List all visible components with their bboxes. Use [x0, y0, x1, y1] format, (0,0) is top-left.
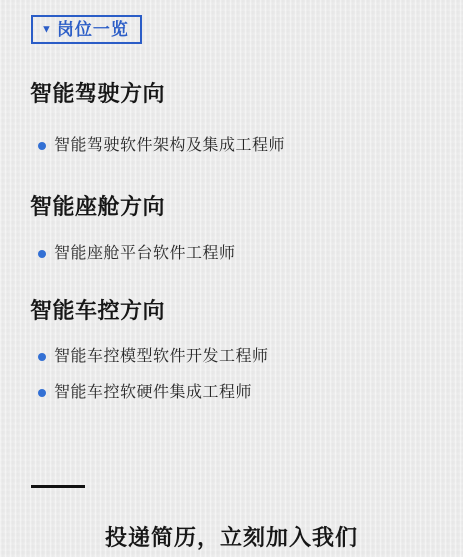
list-item: 智能车控软硬件集成工程师	[38, 384, 252, 401]
bullet-dot-icon	[38, 250, 46, 258]
footer-cta: 投递简历，立刻加入我们	[0, 525, 463, 551]
list-item: 智能座舱平台软件工程师	[38, 245, 236, 262]
position-label: 智能车控软硬件集成工程师	[54, 384, 252, 401]
bullet-dot-icon	[38, 142, 46, 150]
bullet-dot-icon	[38, 389, 46, 397]
triangle-down-icon: ▼	[41, 25, 53, 36]
section-title-intelligent-driving: 智能驾驶方向	[30, 83, 165, 105]
recruitment-poster: ▼ 岗位一览 智能驾驶方向 智能驾驶软件架构及集成工程师 智能座舱方向 智能座舱…	[0, 0, 463, 557]
badge-label: 岗位一览	[57, 21, 129, 38]
section-title-intelligent-vehicle-control: 智能车控方向	[30, 300, 165, 322]
section-title-intelligent-cockpit: 智能座舱方向	[30, 196, 165, 218]
position-label: 智能座舱平台软件工程师	[54, 245, 236, 262]
divider-dash	[31, 485, 85, 488]
position-label: 智能驾驶软件架构及集成工程师	[54, 137, 285, 154]
bullet-dot-icon	[38, 353, 46, 361]
position-label: 智能车控模型软件开发工程师	[54, 348, 269, 365]
positions-overview-badge: ▼ 岗位一览	[31, 15, 142, 44]
list-item: 智能车控模型软件开发工程师	[38, 348, 269, 365]
list-item: 智能驾驶软件架构及集成工程师	[38, 137, 285, 154]
